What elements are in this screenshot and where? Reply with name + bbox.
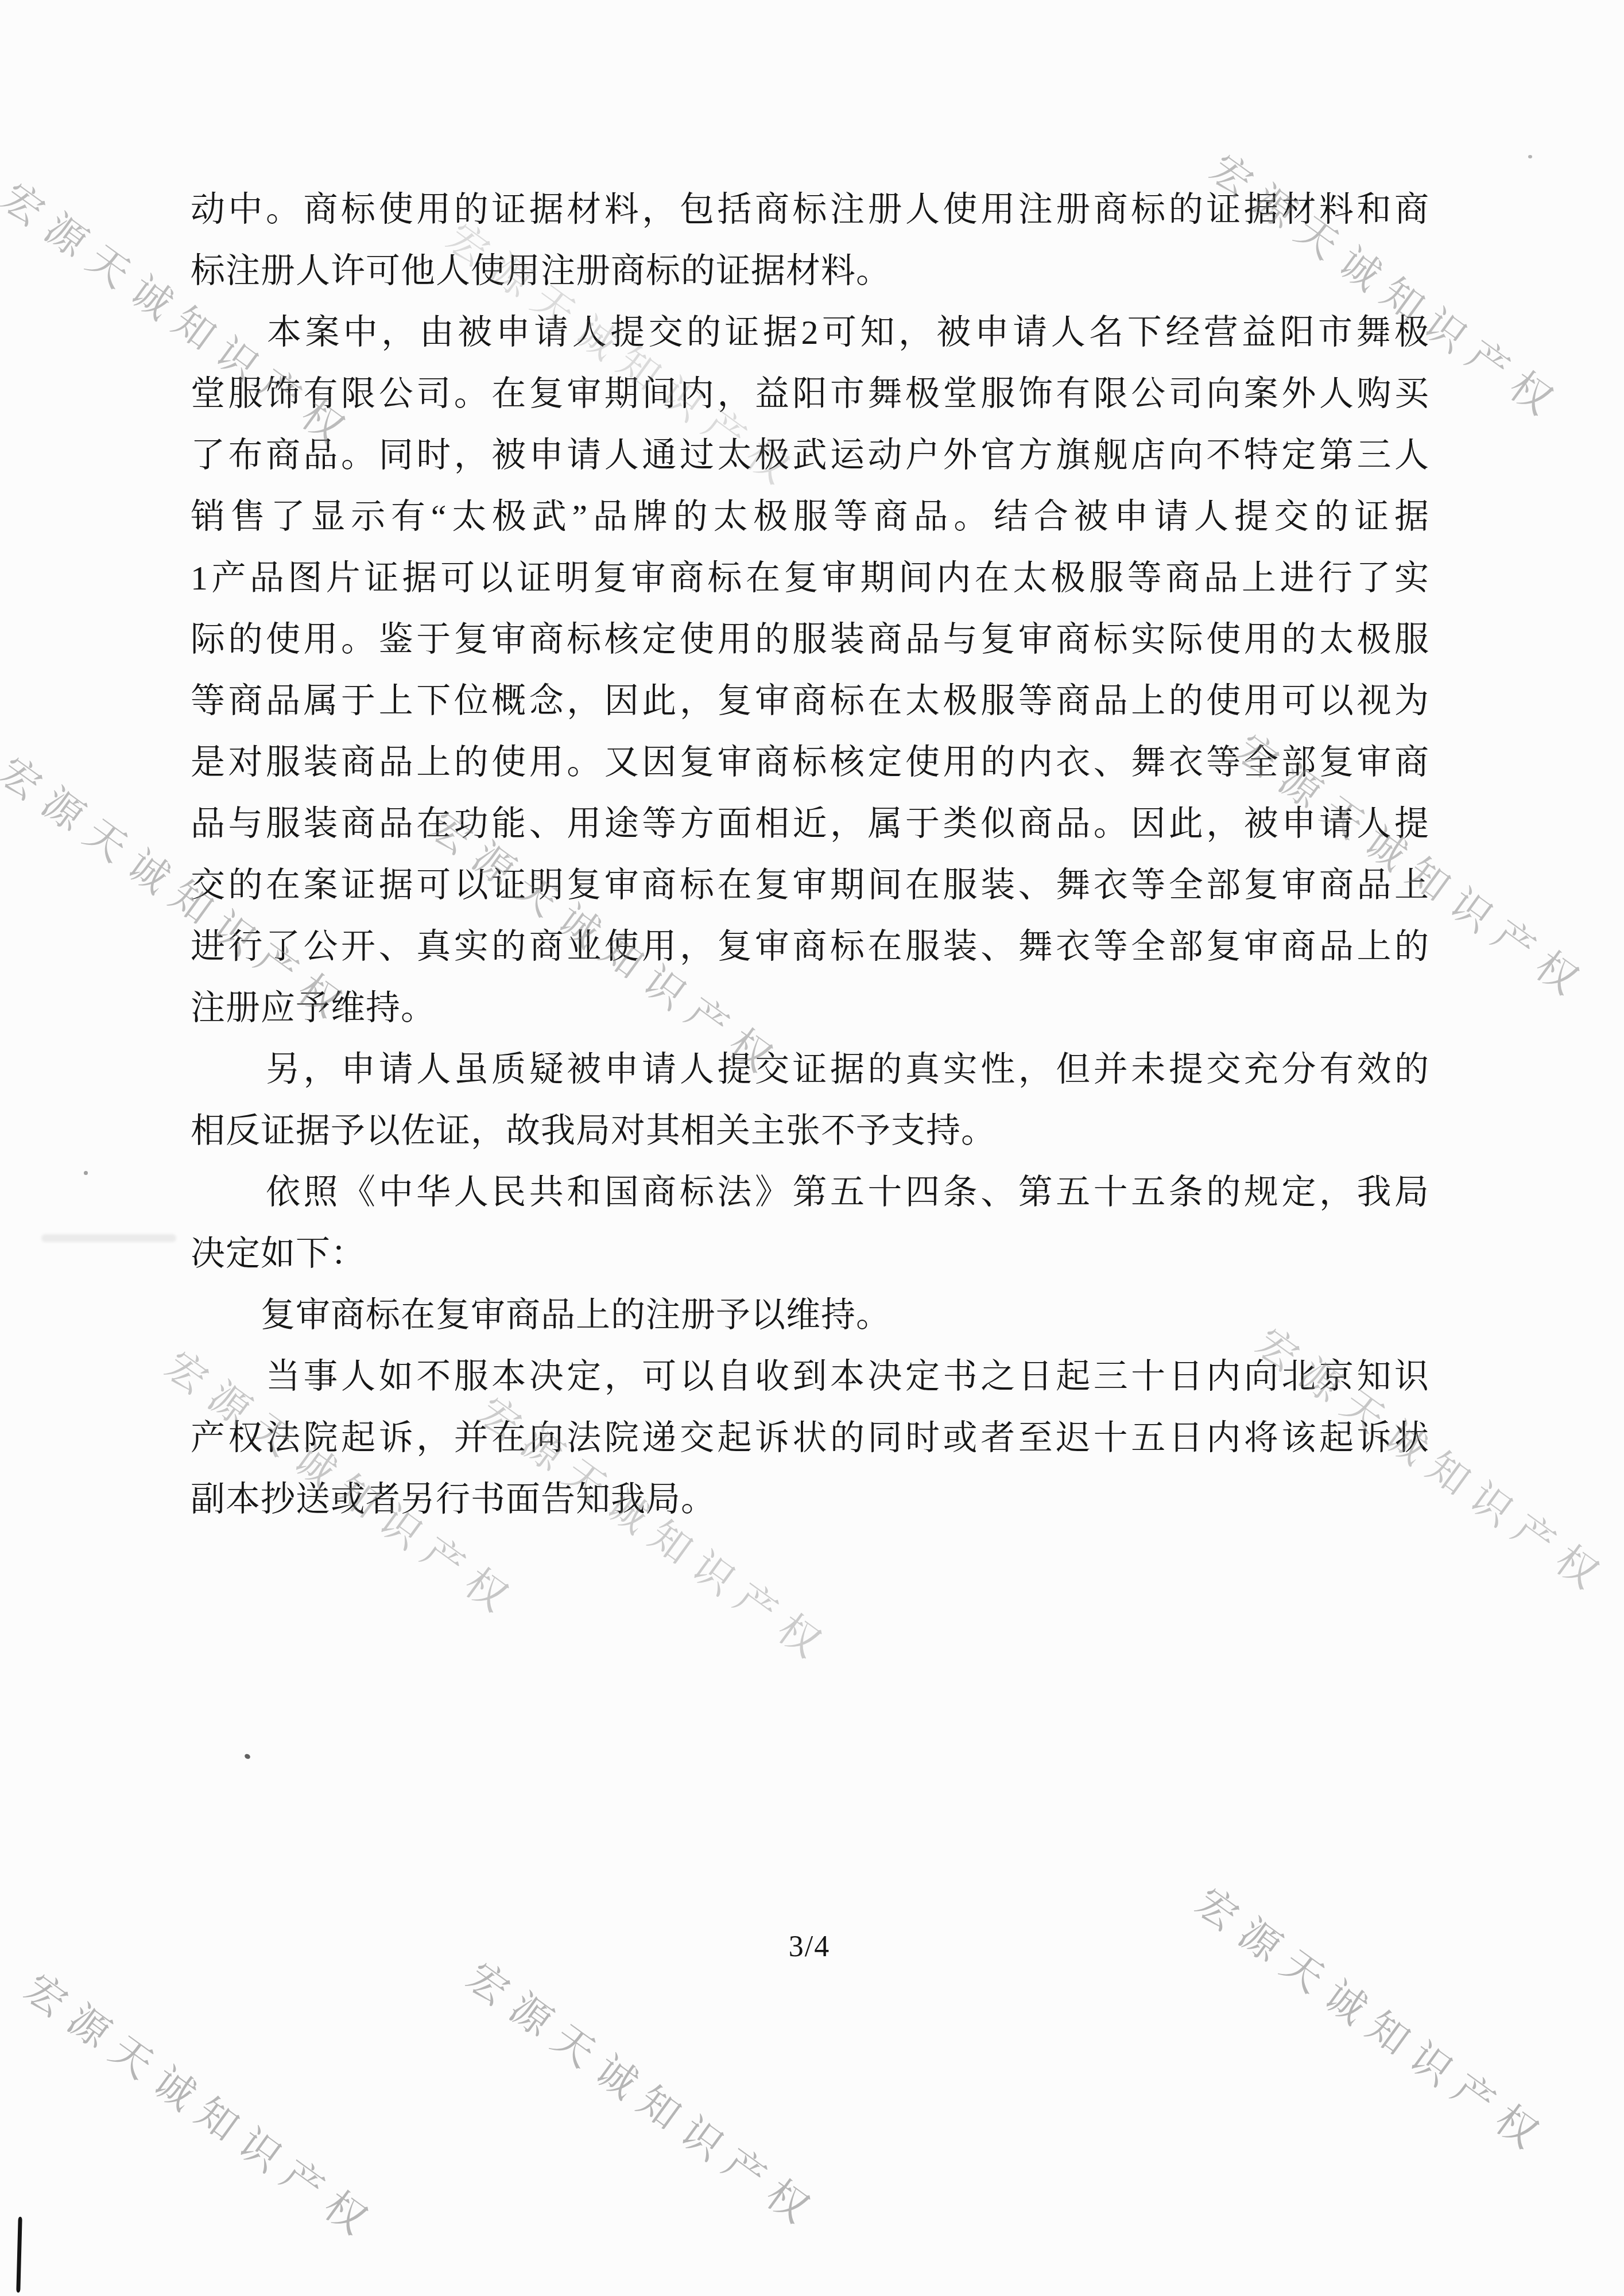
text-line: 另，申请人虽质疑被申请人提交证据的真实性，但并未提交充分有效的 [191, 1039, 1429, 1100]
scan-artifact-speck [1528, 155, 1532, 158]
text-line: 注册应予维持。 [191, 978, 1429, 1039]
text-line: 堂服饰有限公司。在复审期间内，益阳市舞极堂服饰有限公司向案外人购买 [191, 363, 1429, 425]
text-line: 交的在案证据可以证明复审商标在复审期间在服装、舞衣等全部复审商品上 [191, 855, 1429, 916]
text-line: 等商品属于上下位概念，因此，复审商标在太极服等商品上的使用可以视为 [191, 670, 1429, 732]
text-line: 相反证据予以佐证，故我局对其相关主张不予支持。 [191, 1100, 1429, 1162]
document-text: 动中。商标使用的证据材料，包括商标注册人使用注册商标的证据材料和商标注册人许可他… [191, 179, 1429, 1530]
text-line: 标注册人许可他人使用注册商标的证据材料。 [191, 241, 1429, 302]
text-line: 品与服装商品在功能、用途等方面相近，属于类似商品。因此，被申请人提 [191, 793, 1429, 855]
watermark-text: 宏源天诚知识产权 [15, 1957, 391, 2252]
watermark-text: 宏源天诚知识产权 [457, 1946, 833, 2241]
text-line: 本案中，由被申请人提交的证据2可知，被申请人名下经营益阳市舞极 [191, 302, 1429, 363]
text-line: 依照《中华人民共和国商标法》第五十四条、第五十五条的规定，我局 [191, 1162, 1429, 1223]
text-line: 复审商标在复审商品上的注册予以维持。 [191, 1285, 1429, 1346]
text-line: 副本抄送或者另行书面告知我局。 [191, 1469, 1429, 1530]
scan-artifact-speck [84, 1171, 88, 1175]
text-line: 销售了显示有“太极武”品牌的太极服等商品。结合被申请人提交的证据 [191, 486, 1429, 548]
scanned-document-page: 宏源天诚知识产权宏源天诚知识产权宏源天诚知识产权宏源天诚知识产权宏源天诚知识产权… [0, 0, 1624, 2296]
scan-artifact-streak [41, 1234, 176, 1242]
text-line: 决定如下： [191, 1223, 1429, 1285]
text-line: 进行了公开、真实的商业使用，复审商标在服装、舞衣等全部复审商品上的 [191, 916, 1429, 978]
text-line: 了布商品。同时，被申请人通过太极武运动户外官方旗舰店向不特定第三人 [191, 425, 1429, 486]
text-line: 是对服装商品上的使用。又因复审商标核定使用的内衣、舞衣等全部复审商 [191, 732, 1429, 793]
page-number: 3/4 [758, 1930, 861, 1964]
text-line: 产权法院起诉，并在向法院递交起诉状的同时或者至迟十五日内将该起诉状 [191, 1407, 1429, 1469]
text-line: 动中。商标使用的证据材料，包括商标注册人使用注册商标的证据材料和商 [191, 179, 1429, 241]
text-line: 1产品图片证据可以证明复审商标在复审期间内在太极服等商品上进行了实 [191, 548, 1429, 609]
scan-artifact-vertical-line [16, 2217, 22, 2293]
watermark-text: 宏源天诚知识产权 [1186, 1871, 1562, 2166]
text-line: 当事人如不服本决定，可以自收到本决定书之日起三十日内向北京知识 [191, 1346, 1429, 1407]
text-line: 际的使用。鉴于复审商标核定使用的服装商品与复审商标实际使用的太极服 [191, 609, 1429, 670]
scan-artifact-speck [244, 1753, 251, 1760]
